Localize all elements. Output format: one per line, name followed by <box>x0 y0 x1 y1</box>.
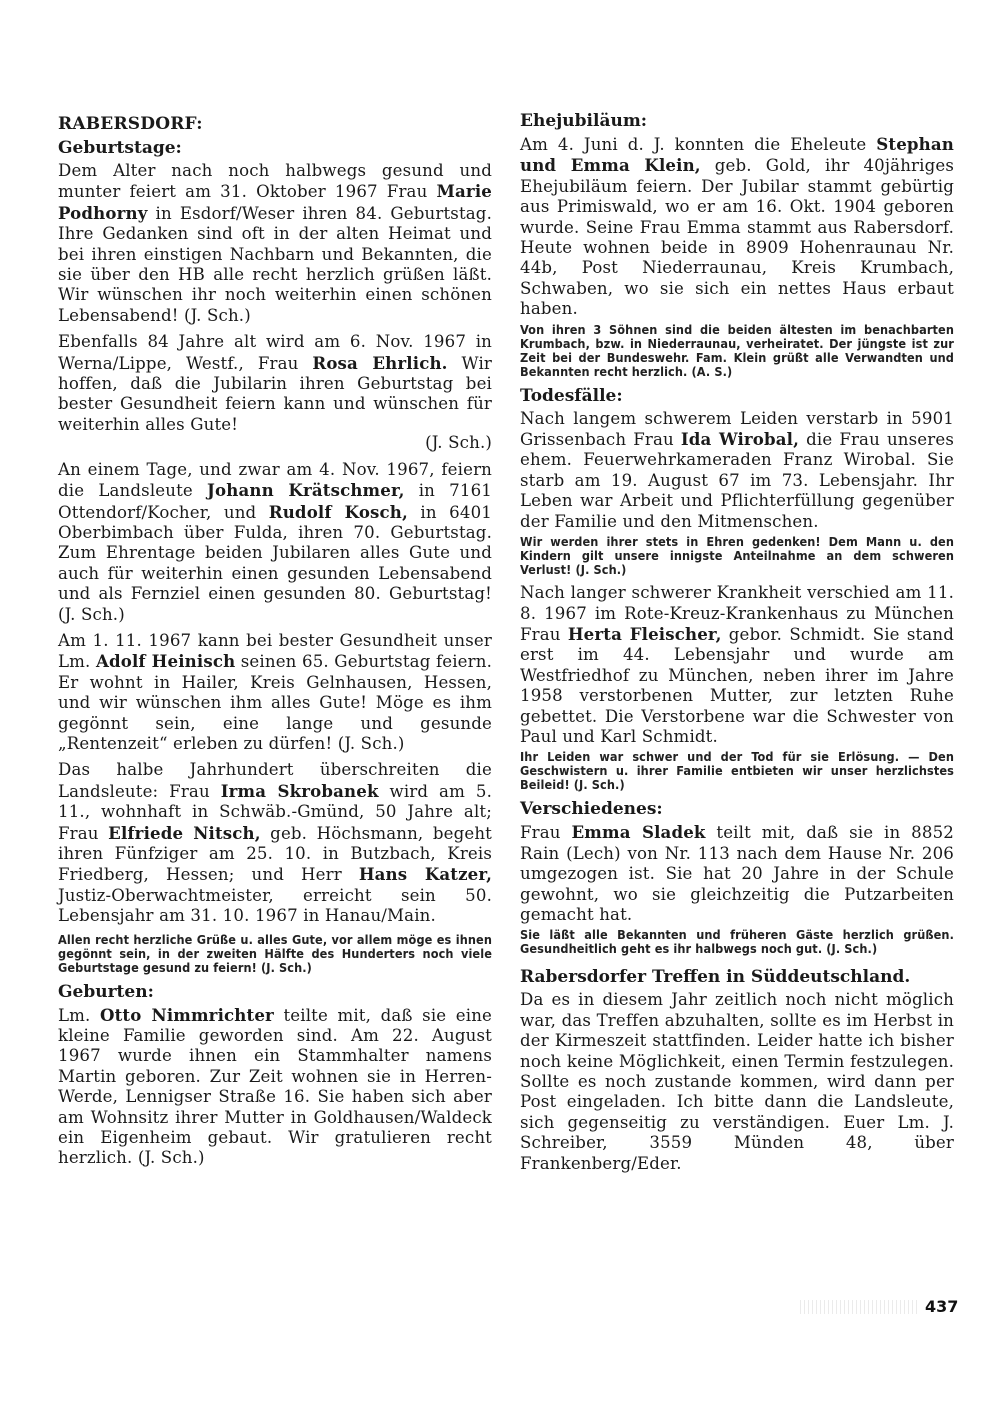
paragraph: Dem Alter nach noch halbwegs gesund und … <box>58 161 492 326</box>
section-heading: Ehejubiläum: <box>520 110 954 132</box>
person-name: Adolf Heinisch <box>96 651 235 671</box>
section-meeting: Rabersdorfer Treffen in Süddeutschland. … <box>520 966 954 1174</box>
person-name: Elfriede Nitsch, <box>108 823 261 843</box>
section-birthdays: Geburtstage: Dem Alter nach noch halbweg… <box>58 137 492 975</box>
note: Sie läßt alle Bekannten und früheren Gäs… <box>520 928 954 956</box>
person-name: Rosa Ehrlich. <box>312 353 447 373</box>
person-name: Otto Nimmrichter <box>100 1005 274 1025</box>
section-heading: Verschiedenes: <box>520 798 954 820</box>
person-name: Rudolf Kosch, <box>269 502 408 522</box>
person-name: Ida Wirobal, <box>681 429 799 449</box>
section-misc: Verschiedenes: Frau Emma Sladek teilt mi… <box>520 798 954 956</box>
scan-noise <box>800 1300 920 1314</box>
paragraph: Nach langer schwerer Krankheit verschied… <box>520 583 954 747</box>
page-number: 437 <box>925 1297 958 1316</box>
section-heading: Geburten: <box>58 981 492 1003</box>
person-name: Herta Fleischer, <box>568 624 722 644</box>
person-name: Irma Skrobanek <box>221 781 379 801</box>
note: Allen recht herzliche Grüße u. alles Gut… <box>58 933 492 975</box>
right-column: Ehejubiläum: Am 4. Juni d. J. konnten di… <box>520 110 954 1180</box>
section-heading: Geburtstage: <box>58 137 492 159</box>
paragraph: Das halbe Jahrhundert überschreiten die … <box>58 760 492 926</box>
paragraph: Am 1. 11. 1967 kann bei bester Gesundhei… <box>58 631 492 754</box>
section-deaths: Todesfälle: Nach langem schwerem Leiden … <box>520 385 954 793</box>
note: Von ihren 3 Söhnen sind die beiden ältes… <box>520 323 954 379</box>
paragraph: Nach langem schwerem Leiden verstarb in … <box>520 409 954 532</box>
paragraph: An einem Tage, und zwar am 4. Nov. 1967,… <box>58 460 492 625</box>
page-heading: RABERSDORF: <box>58 113 492 135</box>
section-anniversary: Ehejubiläum: Am 4. Juni d. J. konnten di… <box>520 110 954 379</box>
section-heading: Rabersdorfer Treffen in Süddeutschland. <box>520 966 954 988</box>
paragraph: Da es in diesem Jahr zeitlich noch nicht… <box>520 990 954 1174</box>
paragraph: Am 4. Juni d. J. konnten die Eheleute St… <box>520 134 954 320</box>
section-births: Geburten: Lm. Otto Nimmrichter teilte mi… <box>58 981 492 1169</box>
person-name: Emma Sladek <box>571 822 705 842</box>
paragraph: Lm. Otto Nimmrichter teilte mit, daß sie… <box>58 1005 492 1169</box>
section-heading: Todesfälle: <box>520 385 954 407</box>
note: Wir werden ihrer stets in Ehren gedenken… <box>520 535 954 577</box>
person-name: Hans Katzer, <box>359 864 492 884</box>
person-name: Johann Krätschmer, <box>207 480 405 500</box>
note: Ihr Leiden war schwer und der Tod für si… <box>520 750 954 792</box>
signature: (J. Sch.) <box>58 433 492 453</box>
left-column: RABERSDORF: Geburtstage: Dem Alter nach … <box>58 113 492 1175</box>
paragraph: Ebenfalls 84 Jahre alt wird am 6. Nov. 1… <box>58 332 492 435</box>
paragraph: Frau Emma Sladek teilt mit, daß sie in 8… <box>520 822 954 925</box>
